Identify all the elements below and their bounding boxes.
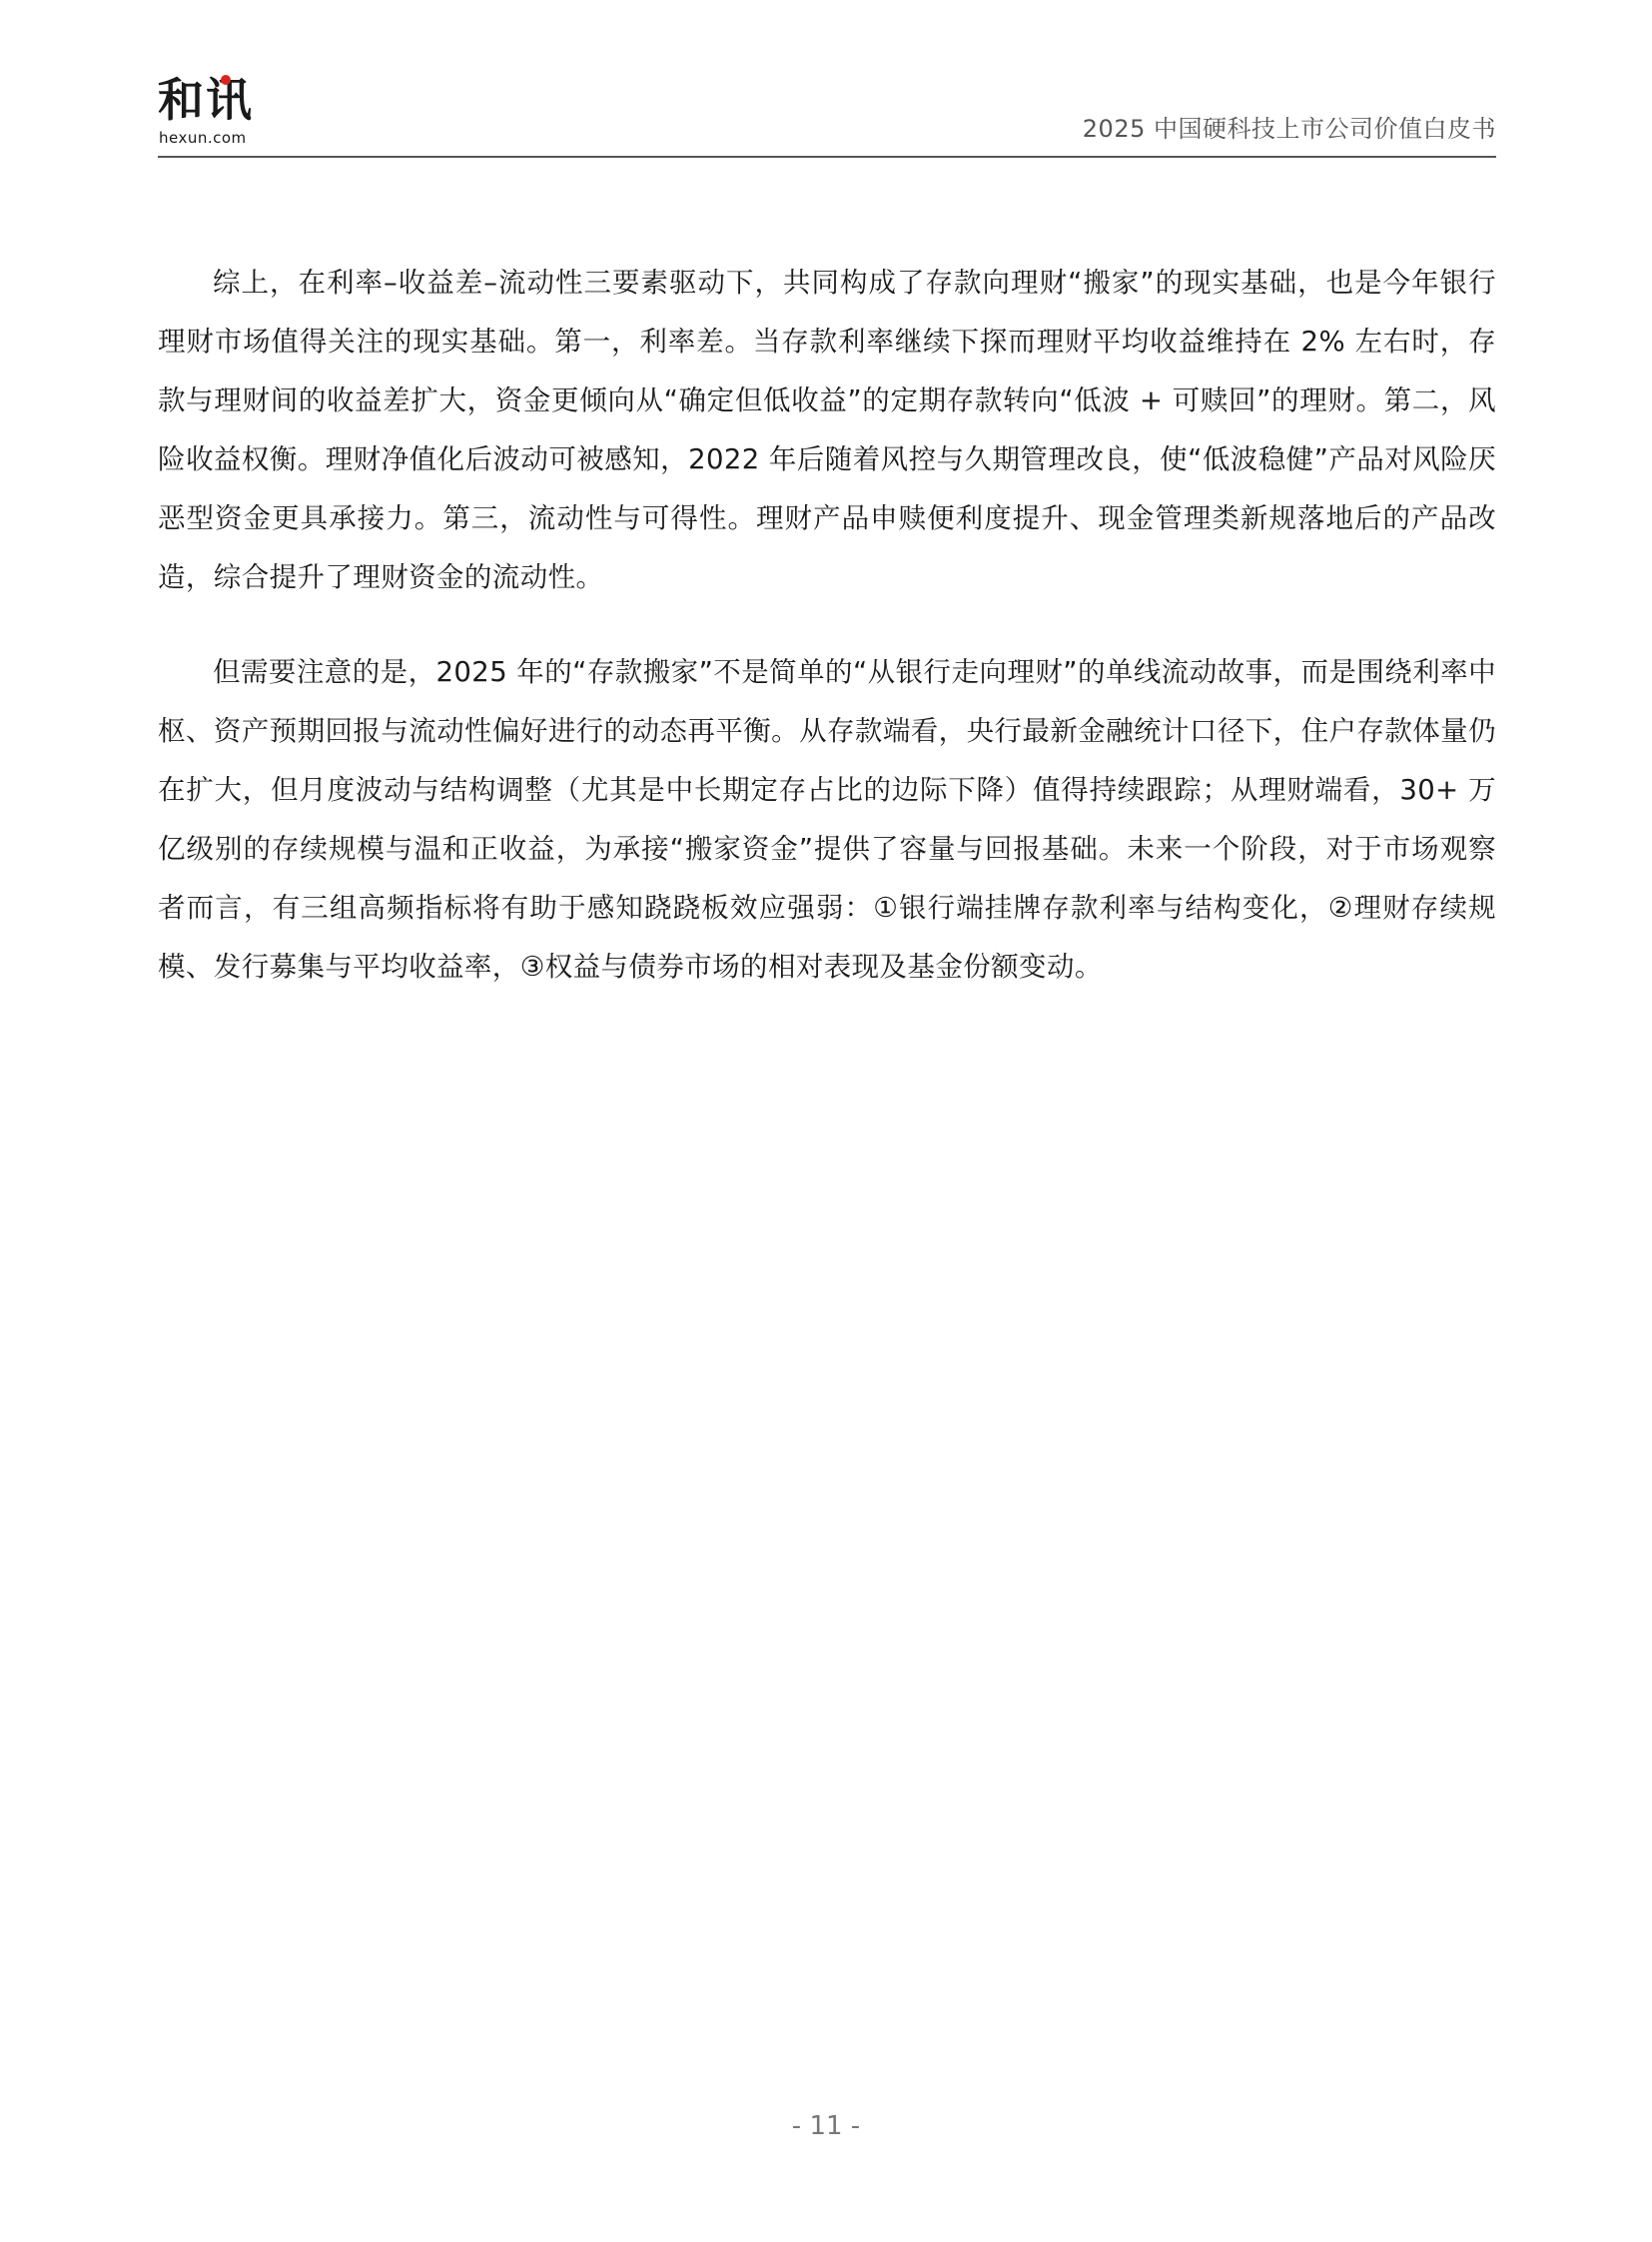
logo-red-dot-icon [221, 75, 231, 85]
body-content: 综上，在利率–收益差–流动性三要素驱动下，共同构成了存款向理财“搬家”的现实基础… [158, 254, 1496, 1033]
document-title: 2025 中国硬科技上市公司价值白皮书 [1083, 114, 1496, 144]
logo-domain: hexun.com [159, 129, 247, 147]
paragraph-1: 综上，在利率–收益差–流动性三要素驱动下，共同构成了存款向理财“搬家”的现实基础… [158, 254, 1496, 607]
header-divider [158, 156, 1496, 158]
page-header: 和讯 hexun.com 2025 中国硬科技上市公司价值白皮书 [158, 70, 1496, 158]
hexun-logo: 和讯 hexun.com [158, 70, 278, 150]
logo-mark: 和讯 [158, 74, 254, 126]
paragraph-2: 但需要注意的是，2025 年的“存款搬家”不是简单的“从银行走向理财”的单线流动… [158, 643, 1496, 997]
page-number: - 11 - [0, 2110, 1652, 2142]
